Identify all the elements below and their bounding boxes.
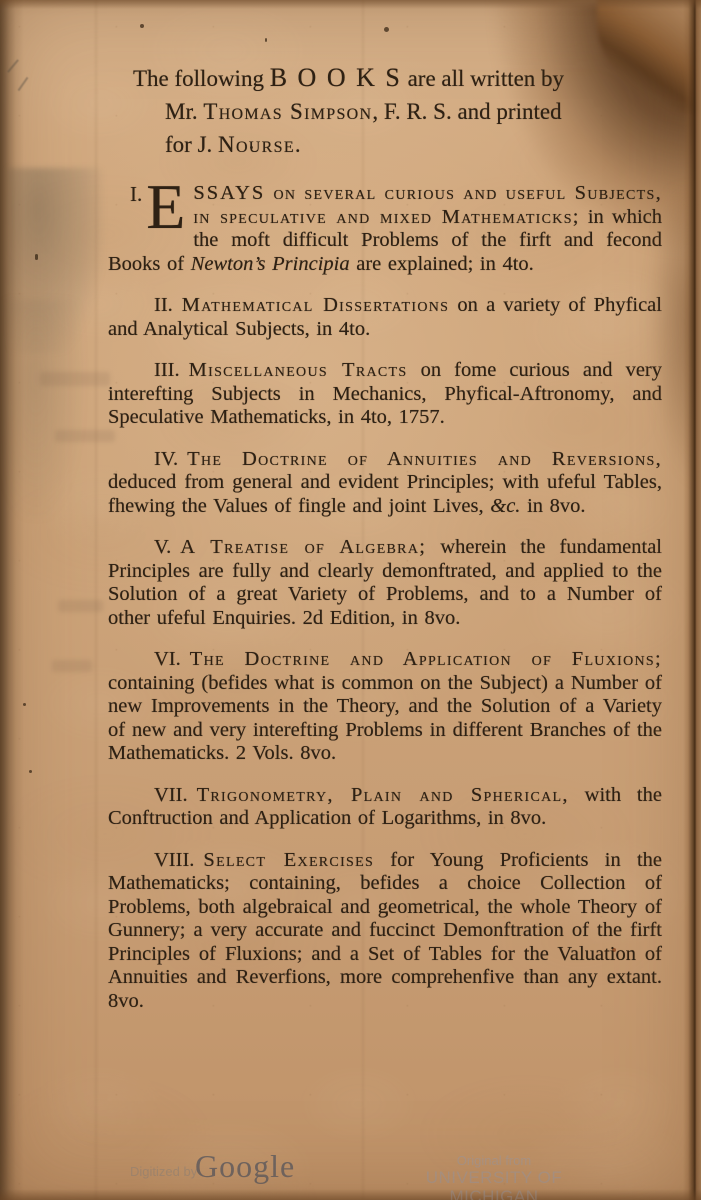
paper-speck bbox=[384, 27, 389, 32]
book-item-4: IV.The Doctrine of Annuities and Reversi… bbox=[108, 448, 662, 519]
header-line-2: Mr. Thomas Simpson, F. R. S. and printed bbox=[108, 95, 662, 128]
item-numeral: IV. bbox=[154, 448, 178, 470]
header-paragraph: The following B O O K S are all written … bbox=[108, 61, 662, 161]
publisher-name: Nourse bbox=[218, 132, 295, 157]
page-edge-top bbox=[0, 0, 701, 9]
scanned-page: The following B O O K S are all written … bbox=[0, 0, 701, 1200]
book-item-3: III.Miscellaneous Tracts on fome curious… bbox=[108, 359, 662, 430]
item-body: in 8vo. bbox=[520, 495, 585, 517]
item-numeral: VIII. bbox=[154, 849, 194, 871]
item-title: A Treatise of Algebra; bbox=[180, 536, 426, 558]
item-italic: Newton’s Principia bbox=[191, 253, 350, 275]
book-item-5: V.A Treatise of Algebra; wherein the fun… bbox=[108, 536, 662, 630]
page-text: The following B O O K S are all written … bbox=[108, 61, 662, 1031]
header-text: The following bbox=[133, 66, 270, 91]
item-numeral: VII. bbox=[154, 784, 188, 806]
paper-crease bbox=[95, 0, 97, 1200]
bleed-through bbox=[40, 372, 110, 386]
item-title: Trigonometry, Plain and Spherical, bbox=[197, 784, 569, 806]
item-numeral: II. bbox=[154, 294, 173, 316]
item-numeral: V. bbox=[154, 536, 171, 558]
book-item-6: VI.The Doctrine and Application of Fluxi… bbox=[108, 648, 662, 766]
item-title: SSAYS bbox=[193, 182, 265, 204]
item-body: are explained; in 4to. bbox=[350, 253, 534, 275]
header-text: , F. R. S. and printed bbox=[372, 99, 561, 124]
spine-shadow bbox=[0, 0, 24, 1200]
page-edge-bottom bbox=[0, 1189, 701, 1200]
header-text: . bbox=[295, 132, 301, 157]
paper-speck bbox=[35, 254, 38, 260]
page-edge-right bbox=[683, 0, 701, 1200]
item-title: Miscellaneous Tracts bbox=[189, 359, 408, 381]
bleed-through bbox=[52, 660, 92, 672]
author-name: Thomas Simpson bbox=[203, 99, 372, 124]
drop-cap: I.E bbox=[130, 182, 185, 231]
item-numeral: VI. bbox=[154, 648, 181, 670]
header-text: Mr. bbox=[165, 99, 203, 124]
book-item-7: VII.Trigonometry, Plain and Spherical, w… bbox=[108, 784, 662, 831]
paper-speck bbox=[265, 38, 267, 42]
original-from-label: Original from bbox=[398, 1153, 590, 1168]
item-title: Select Exercises bbox=[203, 849, 374, 871]
item-title: Mathematical Dissertations bbox=[182, 294, 449, 316]
book-item-8: VIII.Select Exercises for Young Proficie… bbox=[108, 849, 662, 1014]
header-text: for J. bbox=[165, 132, 218, 157]
item-body: for Young Proficients in the Mathematick… bbox=[108, 849, 662, 1012]
bleed-through bbox=[55, 430, 115, 442]
drop-cap-letter: E bbox=[146, 182, 185, 232]
header-line-3: for J. Nourse. bbox=[108, 128, 662, 161]
item-title: The Doctrine of Annuities and Reversions… bbox=[187, 448, 662, 470]
item-title: The Doctrine and Application of Fluxions… bbox=[190, 648, 662, 670]
paper-speck bbox=[140, 24, 144, 28]
book-item-2: II.Mathematical Dissertations on a varie… bbox=[108, 294, 662, 341]
item-numeral: I. bbox=[130, 182, 142, 206]
header-text: are all written by bbox=[402, 66, 564, 91]
books-word: B O O K S bbox=[270, 63, 402, 92]
google-logo-watermark: Google bbox=[195, 1148, 295, 1185]
digitized-by-watermark: Digitized by bbox=[130, 1164, 197, 1179]
item-numeral: III. bbox=[154, 359, 180, 381]
paper-speck bbox=[29, 770, 32, 773]
item-italic: &c. bbox=[490, 495, 520, 517]
book-item-1: I.ESSAYS on several curious and useful S… bbox=[108, 182, 662, 276]
header-line-1: The following B O O K S are all written … bbox=[108, 61, 662, 95]
item-body: containing (befides what is common on th… bbox=[108, 672, 662, 765]
